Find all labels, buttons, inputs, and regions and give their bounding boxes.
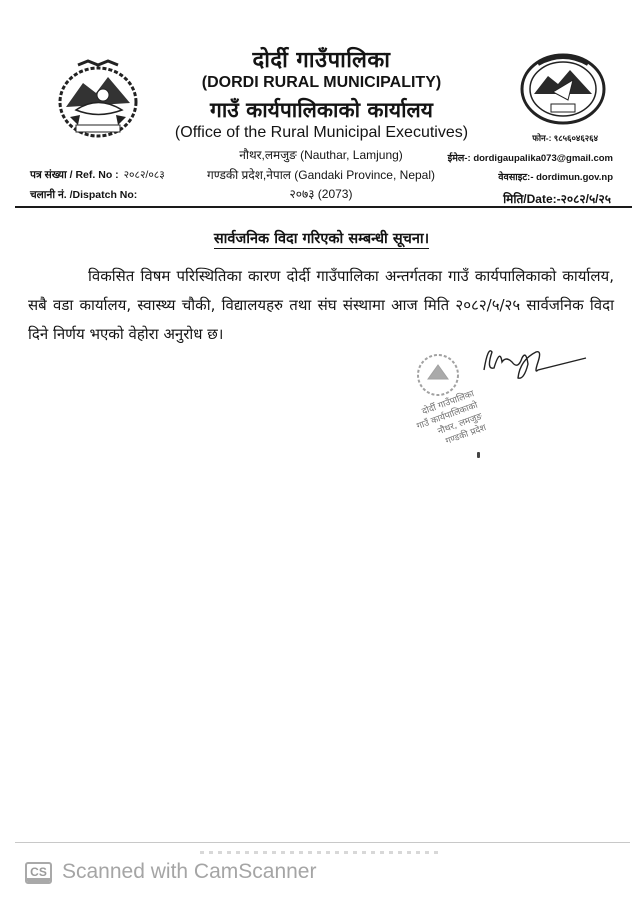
- notice-paragraph: विकसित विषम परिस्थितिका कारण दोर्दी गाउँ…: [28, 262, 614, 349]
- ref-label: पत्र संख्या / Ref. No :: [30, 169, 119, 181]
- phone-number: फोन-: ९८५६०४६२६४: [532, 133, 598, 144]
- address-line-2: गण्डकी प्रदेश,नेपाल (Gandaki Province, N…: [196, 166, 446, 183]
- letter-date: मिति/Date:-२०८२/५/२५: [503, 190, 611, 207]
- page-bottom-edge: [15, 842, 630, 843]
- ref-value: २०८२/०८३: [124, 169, 165, 181]
- subject-heading: सार्वजनिक विदा गरिएको सम्बन्धी सूचना।: [0, 228, 643, 248]
- camscanner-watermark: Scanned with CamScanner: [62, 860, 316, 884]
- website-address: वेवसाइट:- dordimun.gov.np: [498, 170, 613, 183]
- municipality-name-nepali: दोर्दी गाउँपालिका: [0, 44, 643, 74]
- dispatch-number-label: चलानी नं. /Dispatch No:: [30, 188, 137, 202]
- email-address: ईमेल-: dordigaupalika073@gmail.com: [448, 151, 613, 164]
- signature-icon: [478, 340, 588, 395]
- address-line-1: नौथर,लमजुङ (Nauthar, Lamjung): [206, 146, 436, 163]
- stray-mark: [477, 452, 480, 458]
- header-divider: [15, 206, 632, 208]
- faint-footer-text: [200, 851, 440, 854]
- subject-text: सार्वजनिक विदा गरिएको सम्बन्धी सूचना।: [214, 231, 429, 249]
- municipality-name-english: (DORDI RURAL MUNICIPALITY): [0, 74, 643, 92]
- notice-body: विकसित विषम परिस्थितिका कारण दोर्दी गाउँ…: [28, 262, 614, 349]
- established-year: २०७३ (2073): [206, 185, 436, 202]
- office-name-nepali: गाउँ कार्यपालिकाको कार्यालय: [0, 96, 643, 124]
- camscanner-logo-icon: CS: [25, 862, 52, 884]
- reference-number: पत्र संख्या / Ref. No : २०८२/०८३: [30, 168, 165, 182]
